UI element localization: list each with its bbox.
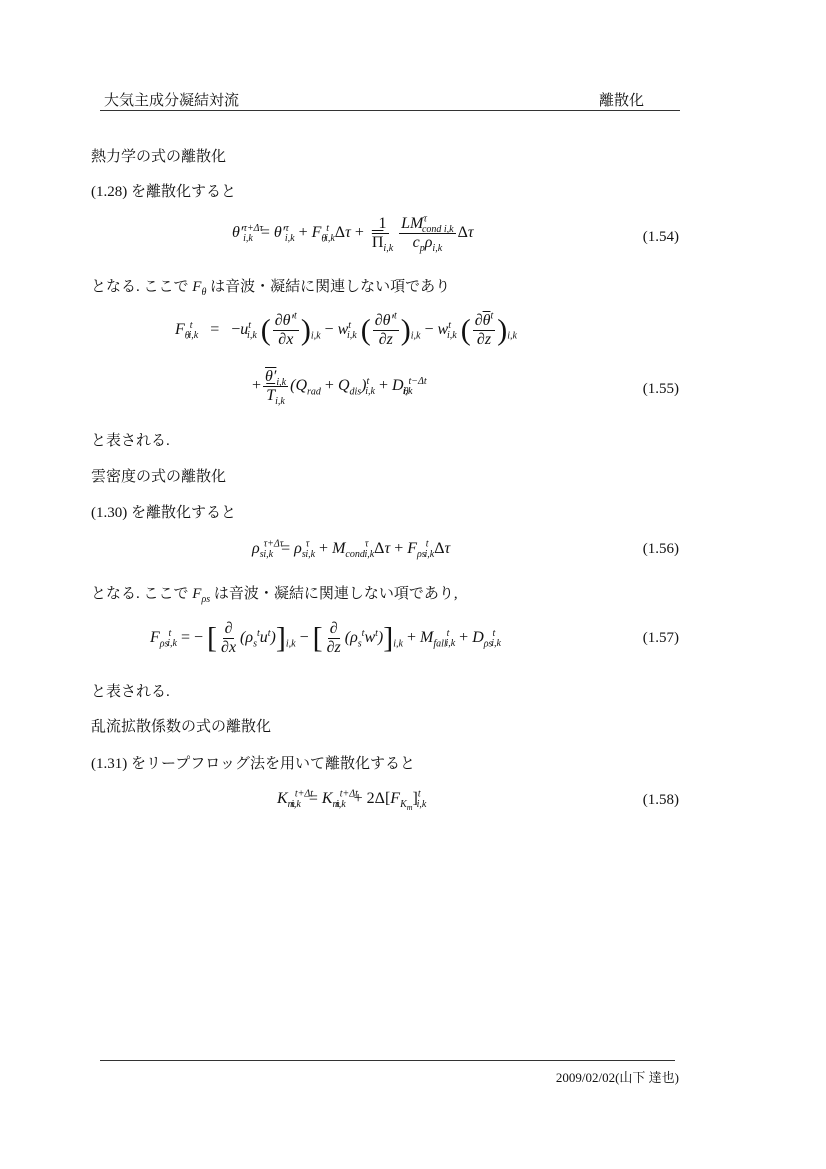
equation-1-57: Fρsti,k = − [∂∂x(ρstut)]i,k − [∂∂z(ρstwt… xyxy=(150,620,501,657)
paragraph-f-theta-definition: となる. ここで Fθ は音波・凝結に関連しない項であり xyxy=(91,275,450,296)
text-fragment: は音波・凝結に関連しない項であり xyxy=(206,279,450,295)
equation-1-56: ρsτ+Δτi,k = ρsτi,k + Mcondτi,kΔτ + Fρsti… xyxy=(252,540,450,558)
section-heading-turbulent-diffusion: 乱流拡散係数の式の離散化 xyxy=(91,715,271,736)
equation-number-1-54: (1.54) xyxy=(643,229,679,246)
paragraph-closing-1: と表される. xyxy=(91,429,170,450)
equation-1-55-line-2: +θ′i,kTi,k(Qrad + Qdis)ti,k + Dθt−Δti,k xyxy=(252,368,412,405)
text-fragment: となる. ここで xyxy=(91,279,192,295)
paragraph-intro-1-30: (1.30) を離散化すると xyxy=(91,501,236,522)
math-subscript: ρs xyxy=(201,594,210,605)
paragraph-f-rho-s-definition: となる. ここで Fρs は音波・凝結に関連しない項であり, xyxy=(91,582,458,603)
equation-number-1-58: (1.58) xyxy=(643,792,679,809)
text-fragment: となる. ここで xyxy=(91,586,192,602)
equation-1-54: θ′τ+Δτi,k = θ′τi,k + Fθti,kΔτ + 1Πi,kLMτ… xyxy=(232,215,474,252)
equation-1-55-line-1: Fθti,k = −uti,k (∂θ′t∂x)i,k − wti,k (∂θ′… xyxy=(175,312,517,349)
equation-number-1-55: (1.55) xyxy=(643,381,679,398)
header-rule xyxy=(100,110,680,111)
section-heading-thermodynamics: 熱力学の式の離散化 xyxy=(91,145,226,166)
equation-number-1-56: (1.56) xyxy=(643,541,679,558)
paragraph-intro-1-31: (1.31) をリープフロッグ法を用いて離散化すると xyxy=(91,752,415,773)
section-heading-cloud-density: 雲密度の式の離散化 xyxy=(91,465,226,486)
paragraph-intro-1-28: (1.28) を離散化すると xyxy=(91,180,236,201)
equation-1-58: Kmt+Δti,k = Kmt+Δti,k + 2Δ[FKm]ti,k xyxy=(277,790,426,808)
footer-rule xyxy=(100,1060,675,1061)
paragraph-closing-2: と表される. xyxy=(91,680,170,701)
equation-number-1-57: (1.57) xyxy=(643,630,679,647)
running-header-section: 離散化 xyxy=(599,89,644,110)
running-header-title: 大気主成分凝結対流 xyxy=(104,89,239,110)
footer-date-author: 2009/02/02(山下 達也) xyxy=(556,1067,679,1086)
text-fragment: は音波・凝結に関連しない項であり, xyxy=(210,586,458,602)
